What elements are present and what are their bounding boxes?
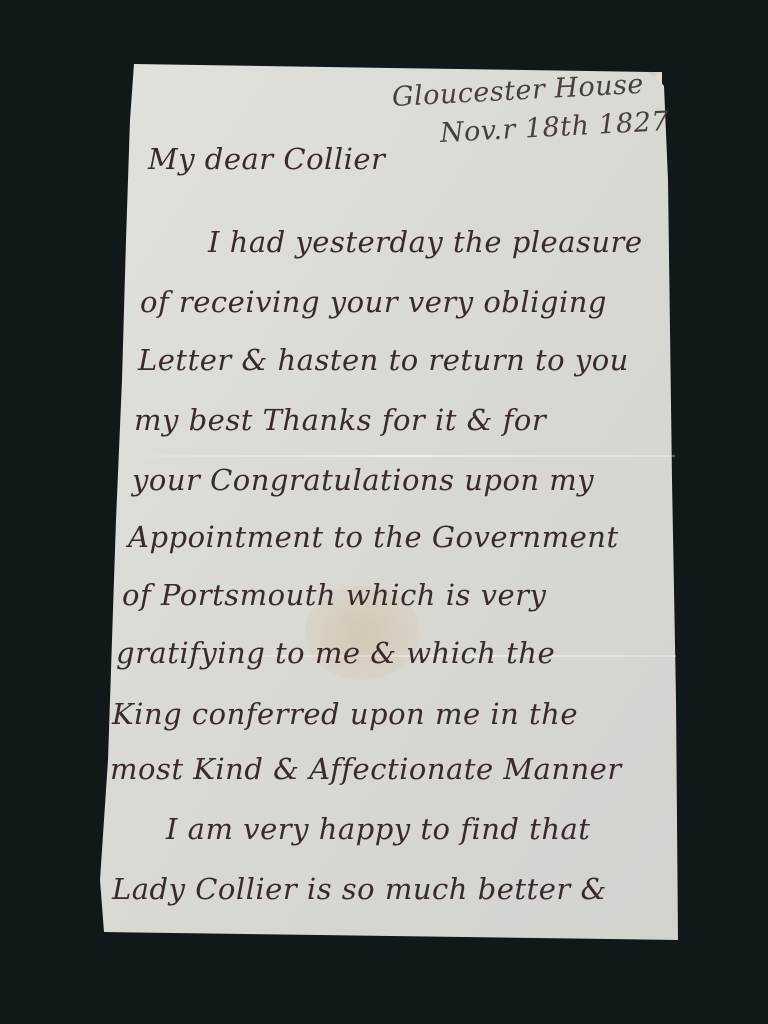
letter-salutation: My dear Collier bbox=[148, 142, 385, 176]
fold-crease bbox=[110, 455, 675, 457]
letter-line: Appointment to the Government bbox=[128, 520, 619, 554]
letter-line: King conferred upon me in the bbox=[112, 697, 578, 731]
letter-line: my best Thanks for it & for bbox=[134, 403, 546, 437]
letter-line: gratifying to me & which the bbox=[116, 636, 555, 670]
letter-line: I had yesterday the pleasure bbox=[208, 225, 643, 259]
letter-line: Lady Collier is so much better & bbox=[112, 872, 607, 906]
letter-line: your Congratulations upon my bbox=[132, 463, 594, 497]
photo-scene: Gloucester House Nov.r 18th 1827 My dear… bbox=[0, 0, 768, 1024]
letter-line: I am very happy to find that bbox=[166, 812, 590, 846]
letter-line: Letter & hasten to return to you bbox=[138, 343, 629, 377]
letter-line: most Kind & Affectionate Manner bbox=[110, 752, 622, 786]
letter-line: of receiving your very obliging bbox=[140, 285, 607, 319]
letter-line: of Portsmouth which is very bbox=[122, 578, 546, 612]
